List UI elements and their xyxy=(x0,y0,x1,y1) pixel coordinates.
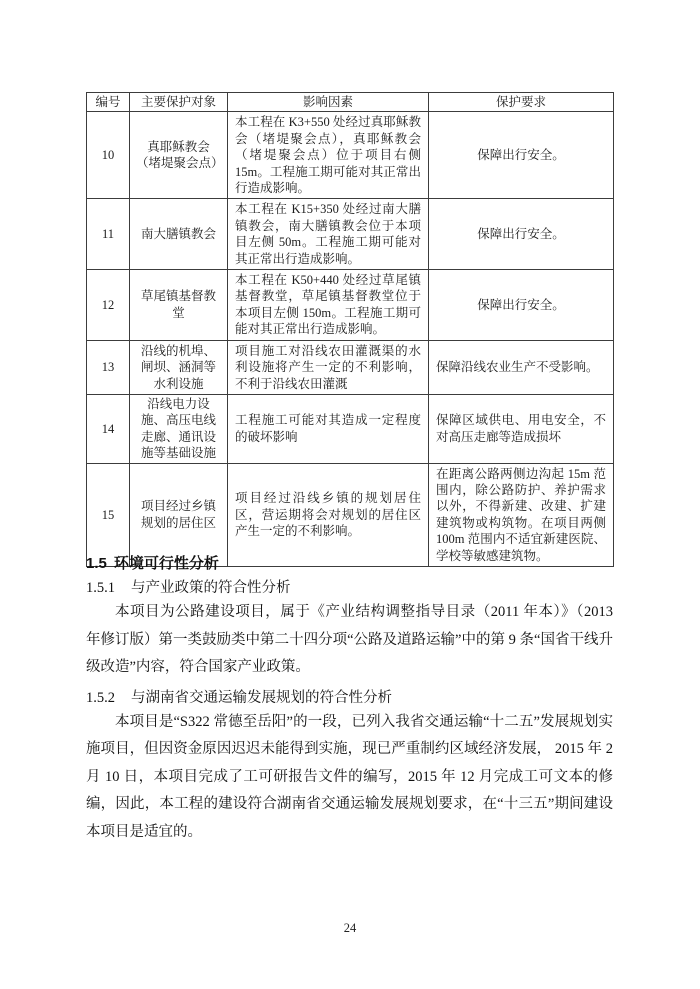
row-requirement: 保障出行安全。 xyxy=(429,270,614,341)
row-object: 项目经过乡镇规划的居住区 xyxy=(130,463,228,566)
table-row: 12 草尾镇基督教堂 本工程在 K50+440 处经过草尾镇基督教堂，草尾镇基督… xyxy=(87,270,614,341)
table-row: 14 沿线电力设施、高压电线走廊、通讯设施等基础设施 工程施工可能对其造成一定程… xyxy=(87,394,614,463)
document-page: 编号 主要保护对象 影响因素 保护要求 10 真耶稣教会（堵堤聚会点） 本工程在… xyxy=(0,0,700,989)
row-object: 真耶稣教会（堵堤聚会点） xyxy=(130,112,228,199)
row-requirement: 保障出行安全。 xyxy=(429,112,614,199)
table-row: 10 真耶稣教会（堵堤聚会点） 本工程在 K3+550 处经过真耶稣教会（堵堤聚… xyxy=(87,112,614,199)
row-factor: 本工程在 K15+350 处经过南大膳镇教会，南大膳镇教会位于本项目左侧 50m… xyxy=(228,199,429,270)
row-requirement: 保障沿线农业生产不受影响。 xyxy=(429,340,614,394)
header-number: 编号 xyxy=(87,93,130,112)
paragraph-industry-policy: 本项目为公路建设项目，属于《产业结构调整指导目录（2011 年本）》（2013 … xyxy=(86,599,613,682)
row-factor: 项目施工对沿线农田灌溉渠的水利设施将产生一定的不利影响，不利于沿线农田灌溉 xyxy=(228,340,429,394)
body-text-block: 1.5环境可行性分析 1.5.1与产业政策的符合性分析 本项目为公路建设项目，属… xyxy=(86,553,613,846)
section-title: 与产业政策的符合性分析 xyxy=(131,580,291,596)
row-object: 沿线的机埠、闸坝、涵洞等水利设施 xyxy=(130,340,228,394)
protection-objects-table: 编号 主要保护对象 影响因素 保护要求 10 真耶稣教会（堵堤聚会点） 本工程在… xyxy=(86,92,614,567)
row-factor: 项目经过沿线乡镇的规划居住区，营运期将会对规划的居住区产生一定的不利影响。 xyxy=(228,463,429,566)
row-object: 沿线电力设施、高压电线走廊、通讯设施等基础设施 xyxy=(130,394,228,463)
row-object: 草尾镇基督教堂 xyxy=(130,270,228,341)
paragraph-transport-plan: 本项目是“S322 常德至岳阳”的一段，已列入我省交通运输“十二五”发展规划实施… xyxy=(86,709,613,847)
row-requirement: 保障区域供电、用电安全，不对高压走廊等造成损坏 xyxy=(429,394,614,463)
section-heading-1-5: 1.5环境可行性分析 xyxy=(86,553,613,575)
header-factor: 影响因素 xyxy=(228,93,429,112)
row-number: 12 xyxy=(87,270,130,341)
table-row: 11 南大膳镇教会 本工程在 K15+350 处经过南大膳镇教会，南大膳镇教会位… xyxy=(87,199,614,270)
row-factor: 本工程在 K3+550 处经过真耶稣教会（堵堤聚会点），真耶稣教会（堵堤聚会点）… xyxy=(228,112,429,199)
section-heading-1-5-2: 1.5.2与湖南省交通运输发展规划的符合性分析 xyxy=(86,687,613,709)
row-number: 15 xyxy=(87,463,130,566)
row-object: 南大膳镇教会 xyxy=(130,199,228,270)
row-number: 10 xyxy=(87,112,130,199)
row-number: 11 xyxy=(87,199,130,270)
section-title: 环境可行性分析 xyxy=(114,555,219,572)
section-number: 1.5.2 xyxy=(86,690,115,706)
header-object: 主要保护对象 xyxy=(130,93,228,112)
header-requirement: 保护要求 xyxy=(429,93,614,112)
section-heading-1-5-1: 1.5.1与产业政策的符合性分析 xyxy=(86,577,613,599)
table-header-row: 编号 主要保护对象 影响因素 保护要求 xyxy=(87,93,614,112)
row-number: 14 xyxy=(87,394,130,463)
table-row: 13 沿线的机埠、闸坝、涵洞等水利设施 项目施工对沿线农田灌溉渠的水利设施将产生… xyxy=(87,340,614,394)
row-factor: 工程施工可能对其造成一定程度的破坏影响 xyxy=(228,394,429,463)
section-number: 1.5 xyxy=(86,555,107,572)
page-number: 24 xyxy=(0,921,700,936)
table-row: 15 项目经过乡镇规划的居住区 项目经过沿线乡镇的规划居住区，营运期将会对规划的… xyxy=(87,463,614,566)
section-number: 1.5.1 xyxy=(86,580,115,596)
row-number: 13 xyxy=(87,340,130,394)
row-requirement: 在距离公路两侧边沟起 15m 范围内，除公路防护、养护需求以外，不得新建、改建、… xyxy=(429,463,614,566)
row-requirement: 保障出行安全。 xyxy=(429,199,614,270)
section-title: 与湖南省交通运输发展规划的符合性分析 xyxy=(131,690,392,706)
row-factor: 本工程在 K50+440 处经过草尾镇基督教堂，草尾镇基督教堂位于本项目左侧 1… xyxy=(228,270,429,341)
